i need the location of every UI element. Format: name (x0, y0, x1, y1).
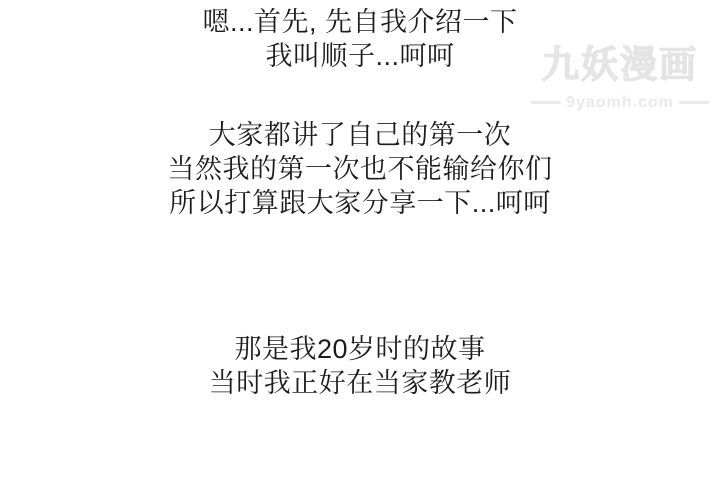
watermark-site-name: 九妖漫画 (530, 44, 710, 87)
dialogue-block-memory: 那是我20岁时的故事 当时我正好在当家教老师 (0, 332, 720, 400)
dialogue-line: 嗯...首先, 先自我介绍一下 (0, 5, 720, 39)
dialogue-line: 当然我的第一次也不能输给你们 (0, 152, 720, 186)
dialogue-line: 大家都讲了自己的第一次 (0, 118, 720, 152)
watermark-line-left (531, 101, 561, 104)
dialogue-line: 所以打算跟大家分享一下...呵呵 (0, 186, 720, 220)
watermark-line-right (679, 101, 709, 104)
dialogue-line: 当时我正好在当家教老师 (0, 366, 720, 400)
dialogue-block-story: 大家都讲了自己的第一次 当然我的第一次也不能输给你们 所以打算跟大家分享一下..… (0, 118, 720, 220)
dialogue-line: 那是我20岁时的故事 (0, 332, 720, 366)
comic-page: 嗯...首先, 先自我介绍一下 我叫顺子...呵呵 大家都讲了自己的第一次 当然… (0, 0, 720, 500)
watermark: 九妖漫画 9yaomh.com (530, 44, 710, 112)
watermark-site-url: 9yaomh.com (566, 94, 674, 112)
watermark-url-row: 9yaomh.com (530, 94, 710, 112)
